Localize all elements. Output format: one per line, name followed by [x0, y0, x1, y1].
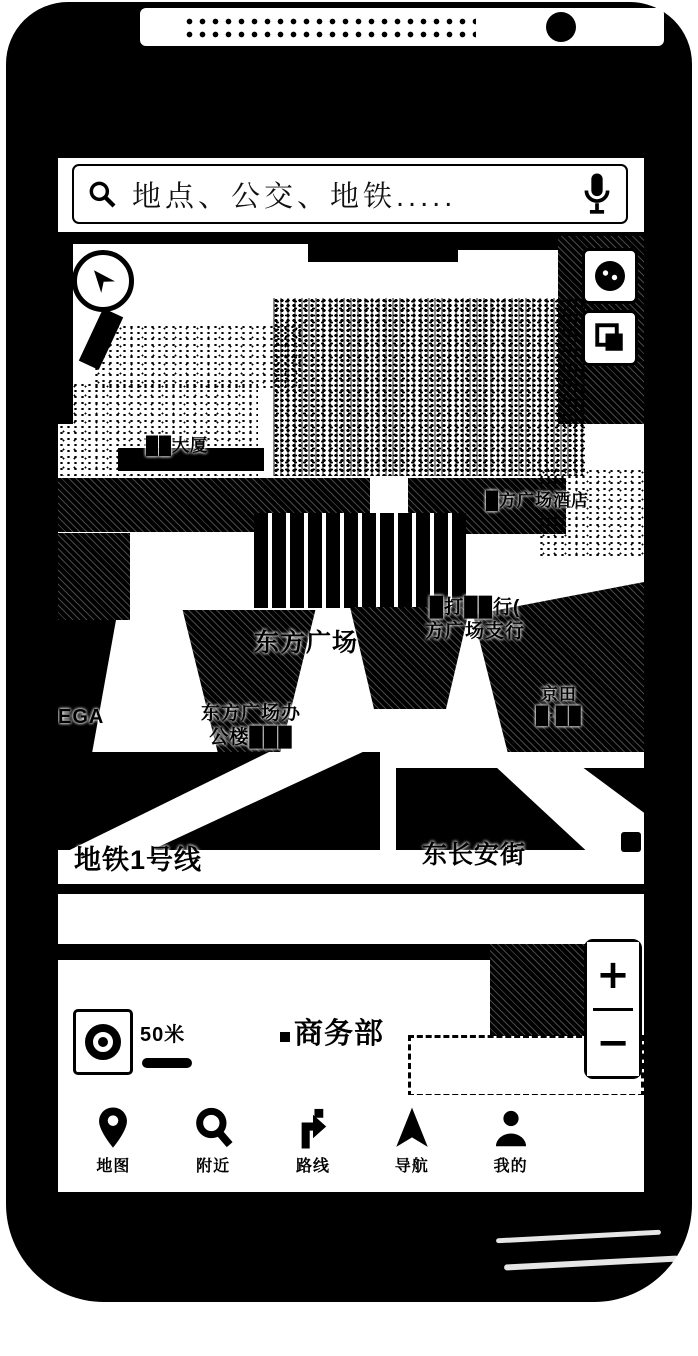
locate-button[interactable] — [73, 1009, 133, 1075]
road-median — [380, 752, 395, 850]
layers-icon — [592, 320, 628, 356]
search-bar[interactable]: 地点、公交、地铁..... — [72, 164, 628, 224]
person-icon — [492, 1106, 530, 1150]
nav-item-label: 路线 — [296, 1153, 330, 1176]
building-3d — [58, 620, 116, 765]
scale-bar — [142, 1058, 192, 1068]
map-poi-label: ██大厦 — [146, 435, 208, 456]
route-icon — [294, 1106, 332, 1150]
nav-item-navigate[interactable]: 导航 — [393, 1106, 431, 1176]
nav-item-route[interactable]: 路线 — [294, 1106, 332, 1176]
navigation-arrow-icon — [393, 1106, 431, 1150]
microphone-icon[interactable] — [580, 170, 614, 218]
poi-marker-icon — [280, 1032, 290, 1042]
locate-icon — [85, 1024, 121, 1060]
nav-item-map[interactable]: 地图 — [94, 1106, 132, 1176]
map-buildings-texture — [273, 298, 585, 476]
map-canvas[interactable]: ██大厦 东方广场 东方广场办 公楼███ █方广场酒店 █打██行( 方广场支… — [58, 232, 644, 1095]
traffic-icon — [592, 258, 628, 294]
bottom-navigation: 地图 附近 路线 — [58, 1095, 644, 1192]
map-poi-label-office: 东方广场办 公楼███ — [166, 702, 336, 750]
map-buildings-texture — [58, 533, 130, 620]
nav-item-profile[interactable]: 我的 — [492, 1106, 530, 1176]
nav-item-nearby[interactable]: 附近 — [193, 1106, 233, 1176]
map-label-changan-street: 东长安街 — [422, 840, 526, 871]
map-poi-label-jingtian: 京田 █·██ — [536, 684, 582, 727]
map-decor — [453, 234, 565, 250]
map-poi-label-bank: █打██行( 方广场支行 — [425, 596, 525, 644]
road-edge — [396, 752, 644, 768]
phone-frame: 地点、公交、地铁..... — [6, 2, 692, 1302]
zoom-in-button[interactable]: + — [587, 942, 639, 1008]
map-buildings-texture — [538, 468, 644, 558]
building-3d — [254, 513, 466, 608]
top-bezel — [140, 8, 664, 46]
screen: 地点、公交、地铁..... — [58, 158, 644, 1192]
search-icon — [86, 178, 118, 210]
map-decor — [308, 240, 458, 262]
zoom-out-button[interactable]: − — [587, 1011, 639, 1077]
map-poi-label-hotel: █方广场酒店 — [486, 490, 589, 511]
map-buildings-texture — [93, 324, 303, 390]
map-pin-icon — [94, 1106, 132, 1150]
nav-item-label: 附近 — [196, 1153, 230, 1176]
traffic-button[interactable] — [582, 248, 638, 304]
scale-label: 50米 — [140, 1023, 185, 1048]
nearby-search-icon — [193, 1106, 233, 1150]
bezel-highlight — [504, 1255, 679, 1270]
map-label-ministry-of-commerce: 商务部 — [294, 1016, 384, 1052]
bezel-highlight — [496, 1230, 661, 1244]
zoom-controls: + − — [584, 939, 642, 1079]
road-band — [58, 752, 644, 850]
compass-icon[interactable] — [72, 250, 134, 312]
nav-item-label: 地图 — [96, 1153, 130, 1176]
search-placeholder: 地点、公交、地铁..... — [132, 174, 566, 215]
front-camera-icon — [546, 12, 576, 42]
street-marker-icon — [621, 832, 641, 852]
map-poi-label-oriental-plaza: 东方广场 — [254, 628, 358, 659]
map-poi-label-ega: EGA — [58, 705, 104, 730]
speaker-grille-icon — [180, 12, 476, 42]
map-label-subway-line1: 地铁1号线 — [74, 844, 202, 878]
layers-button[interactable] — [582, 310, 638, 366]
map-buildings-texture — [490, 944, 588, 1036]
nav-item-label: 导航 — [395, 1153, 429, 1176]
nav-item-label: 我的 — [494, 1153, 528, 1176]
road-line — [58, 884, 644, 894]
